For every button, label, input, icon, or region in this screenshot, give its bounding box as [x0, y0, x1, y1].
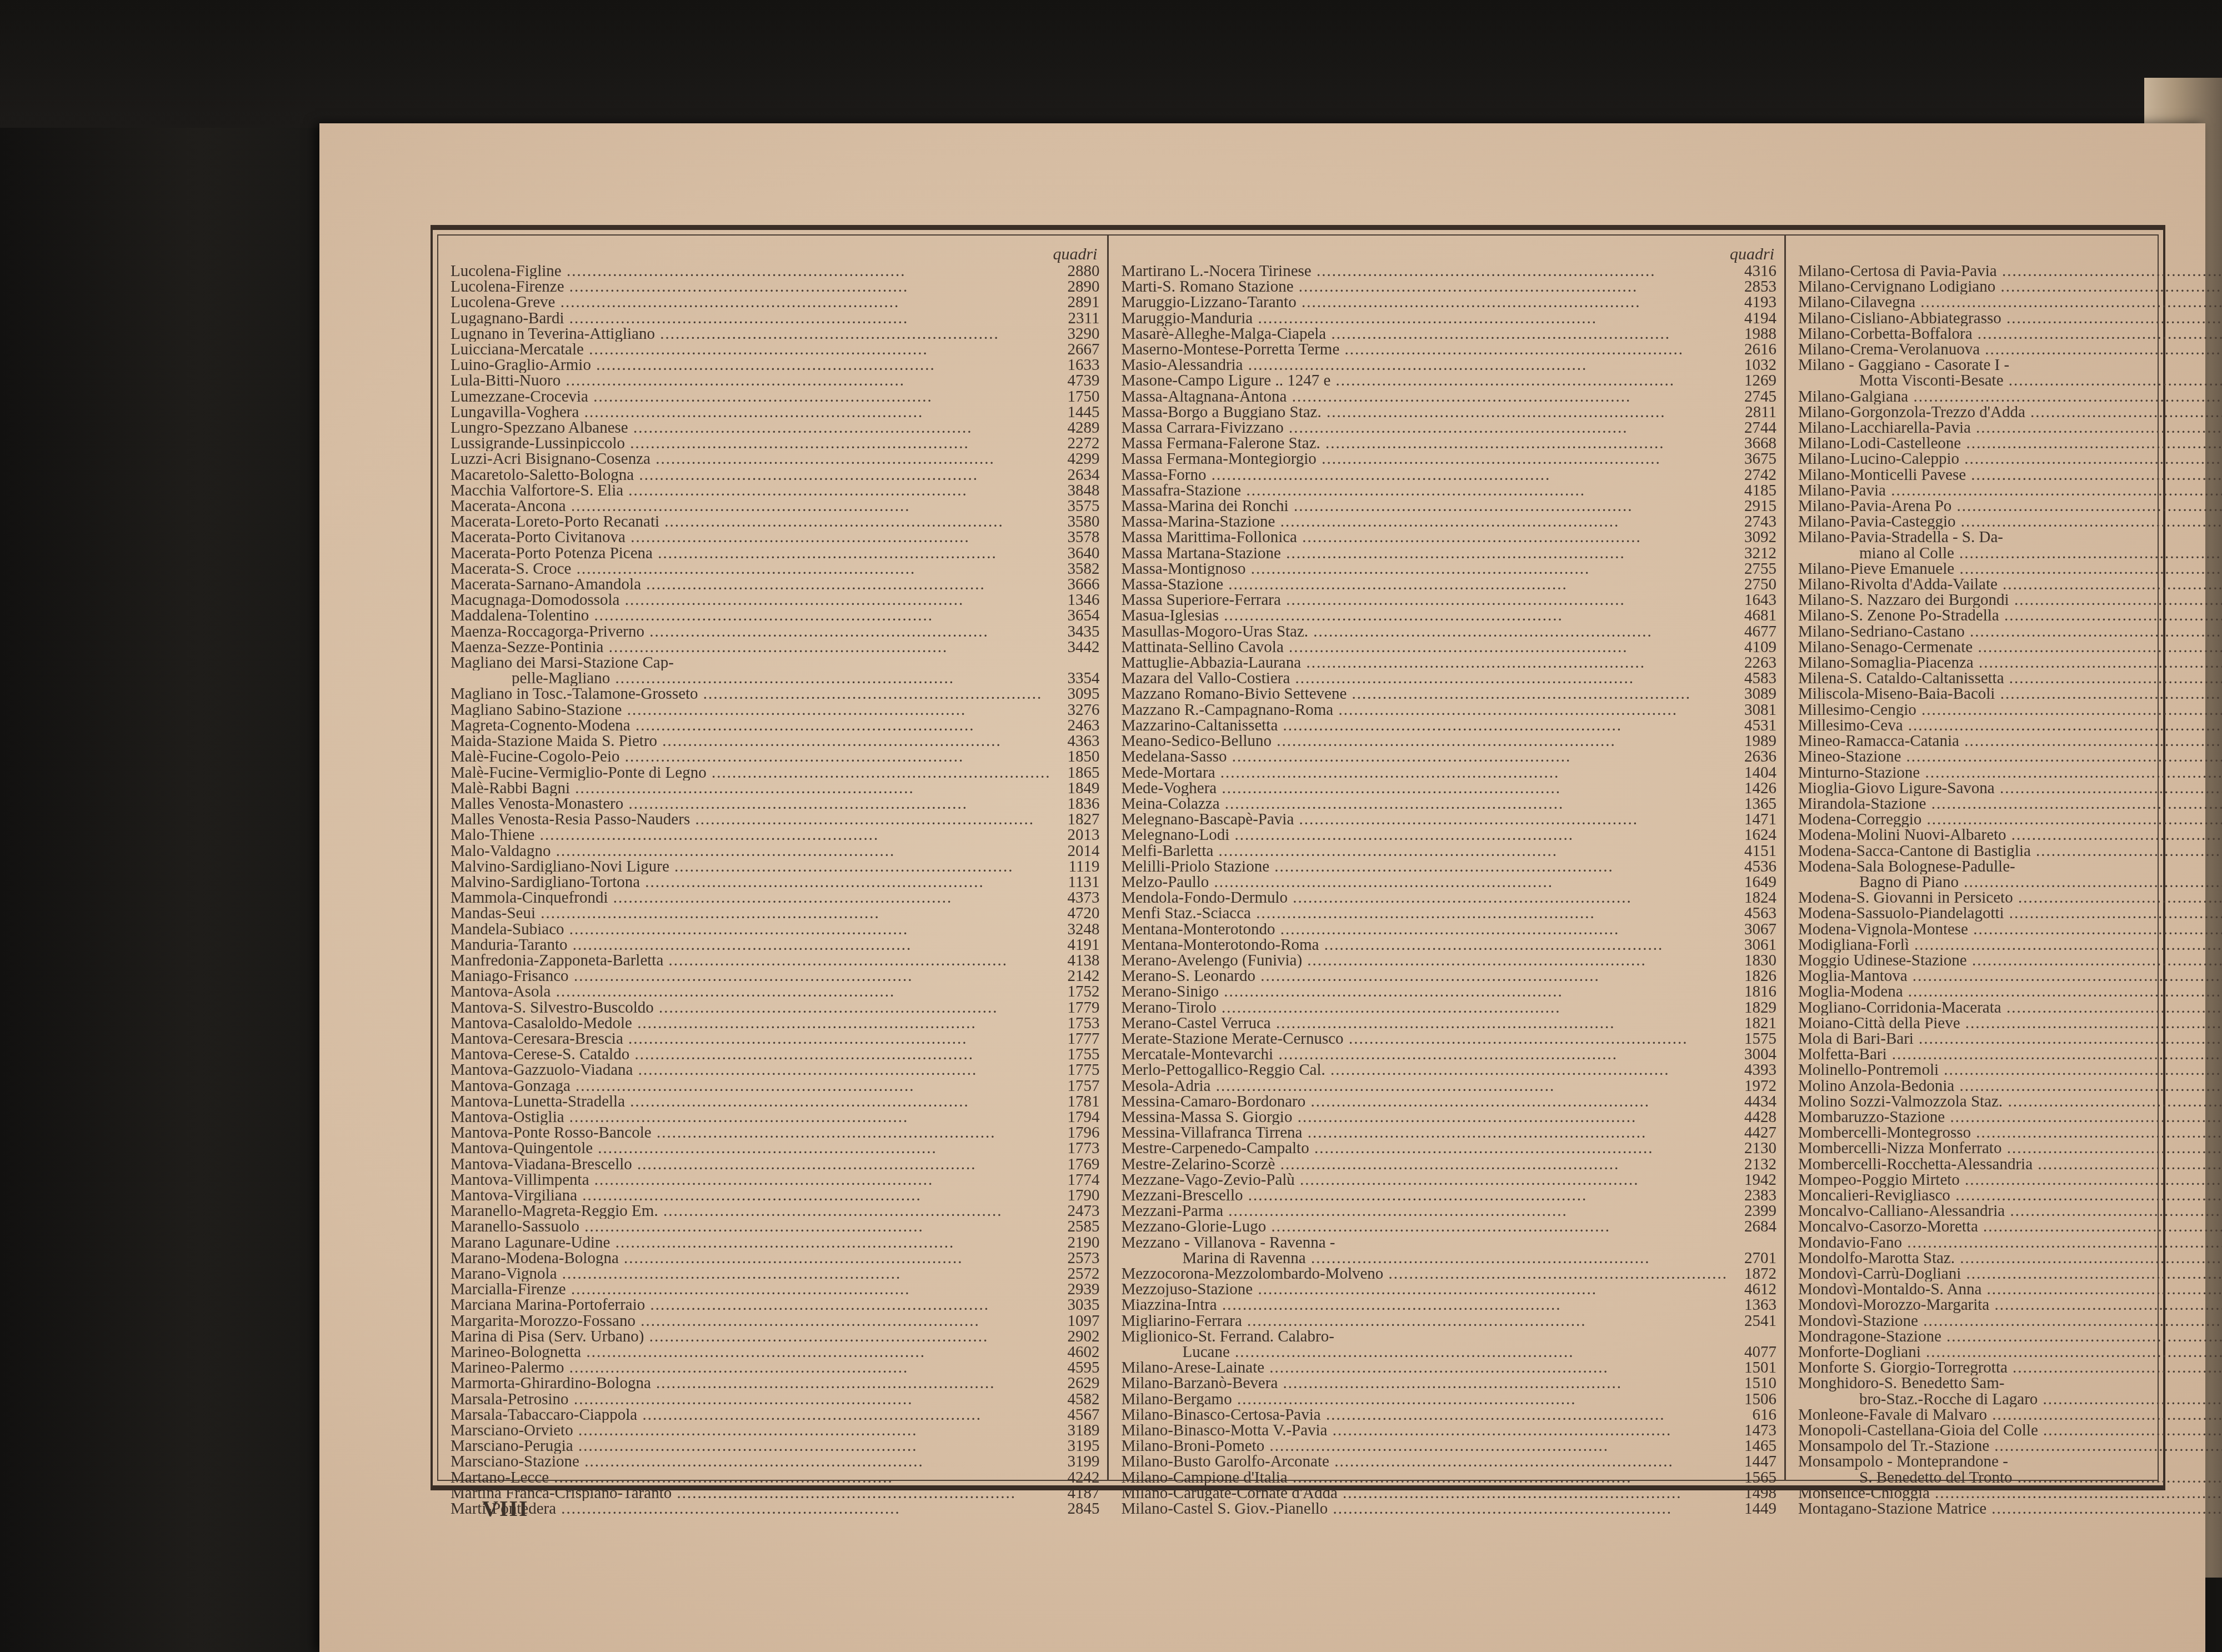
entry-route-name: Marti-Pontedera — [451, 1501, 1050, 1516]
index-entry: Maserno-Montese-Porretta Terme2616 — [1121, 342, 1776, 357]
entry-route-name: Milano-Bergamo — [1121, 1391, 1728, 1407]
entry-route-name: Malè-Rabbi Bagni — [451, 780, 1050, 796]
entry-route-name: Malo-Thiene — [451, 827, 1050, 843]
entry-table-number: 1769 — [1050, 1157, 1099, 1172]
entry-table-number: 4185 — [1728, 483, 1776, 498]
entry-table-number: 3654 — [1050, 608, 1099, 623]
entry-route-name: Milano-Binasco-Motta V.-Pavia — [1121, 1423, 1728, 1438]
entry-route-name: Masullas-Mogoro-Uras Staz. — [1121, 624, 1728, 639]
entry-route-name: Millesimo-Ceva — [1798, 718, 2222, 733]
entry-table-number: 2684 — [1728, 1219, 1776, 1234]
entry-route-name: Massa Fermana-Montegiorgio — [1121, 451, 1728, 467]
index-entry: Mombercelli-Montegrosso1029 — [1798, 1125, 2222, 1140]
index-entry: Massa Superiore-Ferrara1643 — [1121, 592, 1776, 608]
entry-table-number: 4602 — [1050, 1344, 1099, 1360]
entry-table-number: 1942 — [1728, 1172, 1776, 1188]
index-entry: Mombaruzzo-Stazione1114 — [1798, 1109, 2222, 1125]
entry-route-name: Monopoli-Castellana-Gioia del Colle — [1798, 1423, 2222, 1438]
entry-route-name: Moggio Udinese-Stazione — [1798, 953, 2222, 968]
index-entry: Malles Venosta-Monastero1836 — [451, 796, 1099, 812]
index-entry: Mendola-Fondo-Dermulo1824 — [1121, 890, 1776, 905]
entry-table-number: 1824 — [1728, 890, 1776, 905]
entry-route-name: Massa-Altagnana-Antona — [1121, 389, 1728, 404]
entry-route-name: Mazzano R.-Campagnano-Roma — [1121, 702, 1728, 718]
entry-table-number: 2616 — [1728, 342, 1776, 357]
entry-route-name: Maruggio-Lizzano-Taranto — [1121, 294, 1728, 310]
index-entry: Motta Visconti-Besate1456 — [1798, 373, 2222, 388]
index-entry: Mola di Bari-Bari4164 — [1798, 1031, 2222, 1047]
entry-table-number: 4109 — [1728, 639, 1776, 655]
entry-table-number: 1829 — [1728, 1000, 1776, 1015]
entry-table-number: 1506 — [1728, 1391, 1776, 1407]
entry-table-number: 2811 — [1728, 404, 1776, 420]
column-header-quadri: quadri — [1121, 247, 1776, 262]
entry-table-number: 2142 — [1050, 968, 1099, 984]
entry-route-name: Mezzojuso-Stazione — [1121, 1281, 1728, 1297]
entry-route-name: Marsala-Tabaccaro-Ciappola — [451, 1407, 1050, 1423]
entry-table-number: 1849 — [1050, 780, 1099, 796]
index-entry: Maruggio-Manduria4194 — [1121, 311, 1776, 326]
entry-route-name: Migliarino-Ferrara — [1121, 1313, 1728, 1329]
entry-route-name: Meano-Sedico-Belluno — [1121, 733, 1728, 749]
entry-table-number: 1447 — [1728, 1454, 1776, 1469]
index-entry: Massa-Stazione2750 — [1121, 577, 1776, 592]
index-entry: Milano-Sedriano-Castano1497 — [1798, 624, 2222, 639]
index-entry: Mondovì-Stazione1122 — [1798, 1313, 2222, 1329]
index-entry: Messina-Massa S. Giorgio4428 — [1121, 1109, 1776, 1125]
entry-route-name: Malè-Fucine-Cogolo-Peio — [451, 749, 1050, 764]
entry-route-name: Marciana Marina-Portoferraio — [451, 1297, 1050, 1313]
entry-route-name: Malles Venosta-Monastero — [451, 796, 1050, 812]
entry-route-name: Merano-Avelengo (Funivia) — [1121, 953, 1728, 968]
entry-table-number: 2399 — [1728, 1203, 1776, 1219]
entry-route-name: Mantova-Viadana-Brescello — [451, 1157, 1050, 1172]
entry-table-number: 616 — [1728, 1407, 1776, 1423]
index-column-1: quadri Lucolena-Figline2880Lucolena-Fire… — [438, 236, 1109, 1480]
entry-route-name: Mezzocorona-Mezzolombardo-Molveno — [1121, 1266, 1728, 1281]
entry-route-name: Melilli-Priolo Stazione — [1121, 859, 1728, 874]
index-table-frame: quadri Lucolena-Figline2880Lucolena-Fire… — [431, 225, 2165, 1490]
entry-route-name: Mondolfo-Marotta Staz. — [1798, 1250, 2222, 1266]
entry-table-number: 2891 — [1050, 294, 1099, 310]
entry-route-name: Mola di Bari-Bari — [1798, 1031, 2222, 1047]
entry-route-name: Maida-Stazione Maida S. Pietro — [451, 733, 1050, 749]
entry-route-name: Messina-Villafranca Tirrena — [1121, 1125, 1728, 1140]
entry-route-name: Miliscola-Miseno-Baia-Bacoli — [1798, 686, 2222, 702]
entry-route-name: S. Benedetto del Tronto — [1859, 1470, 2222, 1485]
entry-route-name: Magreta-Cognento-Modena — [451, 718, 1050, 733]
index-entry: Maruggio-Lizzano-Taranto4193 — [1121, 294, 1776, 310]
entry-route-name: Milano-Arese-Lainate — [1121, 1360, 1728, 1375]
index-entry: Macerata-Porto Potenza Picena3640 — [451, 545, 1099, 561]
index-entry: Milano-Pavia1474 — [1798, 483, 2222, 498]
index-entry: Maranello-Magreta-Reggio Em.2473 — [451, 1203, 1099, 1219]
entry-route-name: Milano-Sedriano-Castano — [1798, 624, 2222, 639]
entry-route-name: Monselice-Chioggia — [1798, 1485, 2222, 1501]
index-entry: Modena-Sassuolo-Piandelagotti2457 — [1798, 905, 2222, 921]
entry-route-name: Mezzani-Brescello — [1121, 1188, 1728, 1203]
entry-route-name: Bagno di Piano — [1859, 874, 2222, 890]
entry-route-name: Mesola-Adria — [1121, 1078, 1728, 1094]
index-entry: Marina di Ravenna2701 — [1121, 1250, 1776, 1266]
entry-table-number: 1836 — [1050, 796, 1099, 812]
entry-route-name: Lucolena-Greve — [451, 294, 1050, 310]
entry-route-name: Massa Martana-Stazione — [1121, 545, 1728, 561]
index-entry: Mazzano R.-Campagnano-Roma3081 — [1121, 702, 1776, 718]
entry-route-name: Milano-Campione d'Italia — [1121, 1470, 1728, 1485]
entry-route-name: Monghidoro-S. Benedetto Sam- — [1798, 1375, 2222, 1391]
entry-route-name: Milano-Somaglia-Piacenza — [1798, 655, 2222, 670]
index-entry: Meina-Colazza1365 — [1121, 796, 1776, 812]
entry-route-name: Moncalieri-Revigliasco — [1798, 1188, 2222, 1203]
entry-route-name: Melfi-Barletta — [1121, 843, 1728, 859]
index-entry: Massa-Altagnana-Antona2745 — [1121, 389, 1776, 404]
index-entry: Massa Fermana-Montegiorgio3675 — [1121, 451, 1776, 467]
index-entry: Mezzojuso-Stazione4612 — [1121, 1281, 1776, 1297]
index-entry: Monleone-Favale di Malvaro1321 — [1798, 1407, 2222, 1423]
index-entry: Molfetta-Bari4158 — [1798, 1047, 2222, 1062]
entry-table-number: 4242 — [1050, 1470, 1099, 1485]
index-entry: Modena-Sacca-Cantone di Bastiglia2450 — [1798, 843, 2222, 859]
entry-table-number: 1575 — [1728, 1031, 1776, 1047]
index-entry: Mede-Mortara1404 — [1121, 765, 1776, 780]
index-entry: Lula-Bitti-Nuoro4739 — [451, 373, 1099, 388]
entry-route-name: bro-Staz.-Rocche di Lagaro — [1859, 1391, 2222, 1407]
entry-route-name: Mattuglie-Abbazia-Laurana — [1121, 655, 1728, 670]
index-entry: Margarita-Morozzo-Fossano1097 — [451, 1313, 1099, 1329]
index-column-2: quadri Martirano L.-Nocera Tirinese4316M… — [1109, 236, 1786, 1480]
entry-table-number: 4393 — [1728, 1062, 1776, 1078]
entry-table-number: 3435 — [1050, 624, 1099, 639]
index-entry: Mentana-Monterotondo3067 — [1121, 922, 1776, 937]
entry-route-name: Margarita-Morozzo-Fossano — [451, 1313, 1050, 1329]
index-entry: Moiano-Città della Pieve3169 — [1798, 1015, 2222, 1031]
index-entry: Merano-Tirolo1829 — [1121, 1000, 1776, 1015]
entry-route-name: Montagano-Stazione Matrice — [1798, 1501, 2222, 1516]
entry-table-number: 2013 — [1050, 827, 1099, 843]
index-entry: Modena-Molini Nuovi-Albareto2462 — [1798, 827, 2222, 843]
index-entry: Lussigrande-Lussinpiccolo2272 — [451, 435, 1099, 451]
entry-route-name: Mandas-Seui — [451, 905, 1050, 921]
index-entry: Manfredonia-Zapponeta-Barletta4138 — [451, 953, 1099, 968]
entry-table-number: 2939 — [1050, 1281, 1099, 1297]
entry-table-number: 1779 — [1050, 1000, 1099, 1015]
entry-table-number: 1426 — [1728, 780, 1776, 796]
entry-route-name: Monforte S. Giorgio-Torregrotta — [1798, 1360, 2222, 1375]
entry-route-name: Mazara del Vallo-Costiera — [1121, 670, 1728, 686]
entry-route-name: Mercatale-Montevarchi — [1121, 1047, 1728, 1062]
entry-route-name: Magliano Sabino-Stazione — [451, 702, 1050, 718]
entry-route-name: Mantova-Ostiglia — [451, 1109, 1050, 1125]
entry-route-name: Mogliano-Corridonia-Macerata — [1798, 1000, 2222, 1015]
entry-table-number: 2636 — [1728, 749, 1776, 764]
index-column-3: quadri Milano-Certosa di Pavia-Pavia1420… — [1786, 236, 2222, 1480]
index-entry: Mantova-Asola1752 — [451, 984, 1099, 999]
index-entry: Mazzarino-Caltanissetta4531 — [1121, 718, 1776, 733]
entry-route-name: Marina di Ravenna — [1182, 1250, 1728, 1266]
entry-route-name: Modena-Vignola-Montese — [1798, 922, 2222, 937]
entry-route-name: Manfredonia-Zapponeta-Barletta — [451, 953, 1050, 968]
index-entry: Mezzani-Brescello2383 — [1121, 1188, 1776, 1203]
entry-route-name: Mombercelli-Montegrosso — [1798, 1125, 2222, 1140]
index-entry: Magliano Sabino-Stazione3276 — [451, 702, 1099, 718]
entry-route-name: Milano-Lucino-Caleppio — [1798, 451, 2222, 467]
entry-route-name: Mompeo-Poggio Mirteto — [1798, 1172, 2222, 1188]
entry-table-number: 3668 — [1728, 435, 1776, 451]
entry-route-name: Mammola-Cinquefrondi — [451, 890, 1050, 905]
entry-table-number: 2915 — [1728, 498, 1776, 514]
entry-table-number: 1269 — [1728, 373, 1776, 388]
entry-route-name: Melegnano-Bascapè-Pavia — [1121, 812, 1728, 827]
index-entry: Mantova-Quingentole1773 — [451, 1140, 1099, 1156]
entry-table-number: 4428 — [1728, 1109, 1776, 1125]
index-entry: Marsciano-Perugia3195 — [451, 1438, 1099, 1454]
index-entry: Lugagnano-Bardi2311 — [451, 311, 1099, 326]
index-entry: Moncalieri-Revigliasco885 — [1798, 1188, 2222, 1203]
entry-table-number: 1821 — [1728, 1015, 1776, 1031]
entry-route-name: Mezzano - Villanova - Ravenna - — [1121, 1235, 1776, 1250]
index-entry: Melegnano-Bascapè-Pavia1471 — [1121, 812, 1776, 827]
entry-route-name: Monforte-Dogliani — [1798, 1344, 2222, 1360]
entry-route-name: Molinello-Pontremoli — [1798, 1062, 2222, 1078]
entry-route-name: Macerata-S. Croce — [451, 561, 1050, 577]
entry-route-name: Massa-Montignoso — [1121, 561, 1728, 577]
index-entry: Mazara del Vallo-Costiera4583 — [1121, 670, 1776, 686]
index-entry: Marineo-Palermo4595 — [451, 1360, 1099, 1375]
entry-route-name: Lugagnano-Bardi — [451, 311, 1050, 326]
entry-table-number: 3675 — [1728, 451, 1776, 467]
index-entry: Massa-Montignoso2755 — [1121, 561, 1776, 577]
entry-route-name: Marsciano-Stazione — [451, 1454, 1050, 1469]
index-entry: Milano-S. Nazzaro dei Burgondi1457 — [1798, 592, 2222, 608]
entry-route-name: Milano-Pavia-Casteggio — [1798, 514, 2222, 529]
entry-table-number: 1989 — [1728, 733, 1776, 749]
index-entry: Milano-Somaglia-Piacenza1493 — [1798, 655, 2222, 670]
entry-route-name: Maruggio-Manduria — [1121, 311, 1728, 326]
index-entry: Mondovì-Montaldo-S. Anna1112 — [1798, 1281, 2222, 1297]
entry-table-number: 1649 — [1728, 874, 1776, 890]
entry-route-name: Milano-Busto Garolfo-Arconate — [1121, 1454, 1728, 1469]
index-entry: Marano Lagunare-Udine2190 — [451, 1235, 1099, 1250]
entry-route-name: Modena-Sassuolo-Piandelagotti — [1798, 905, 2222, 921]
index-entry: Monforte-Dogliani1018 — [1798, 1344, 2222, 1360]
entry-route-name: Milano-S. Zenone Po-Stradella — [1798, 608, 2222, 623]
entry-table-number: 3575 — [1050, 498, 1099, 514]
index-entry: Malo-Valdagno2014 — [451, 843, 1099, 859]
index-entry: Masio-Alessandria1032 — [1121, 357, 1776, 373]
entry-route-name: Mantova-Casaloldo-Medole — [451, 1015, 1050, 1031]
entry-table-number: 3848 — [1050, 483, 1099, 498]
entry-route-name: Milano-Cisliano-Abbiategrasso — [1798, 311, 2222, 326]
entry-route-name: Melegnano-Lodi — [1121, 827, 1728, 843]
index-entry: Macerata-Ancona3575 — [451, 498, 1099, 514]
index-entry: Mede-Voghera1426 — [1121, 780, 1776, 796]
entry-table-number: 2890 — [1050, 279, 1099, 294]
index-entry: Malè-Rabbi Bagni1849 — [451, 780, 1099, 796]
entry-route-name: Merano-Castel Verruca — [1121, 1015, 1728, 1031]
index-entry: Minturno-Stazione3453 — [1798, 765, 2222, 780]
entry-table-number: 1757 — [1050, 1078, 1099, 1094]
entry-table-number: 3199 — [1050, 1454, 1099, 1469]
entry-table-number: 1633 — [1050, 357, 1099, 373]
entry-route-name: Mezzani-Parma — [1121, 1203, 1728, 1219]
index-entry: Mattinata-Sellino Cavola4109 — [1121, 639, 1776, 655]
entry-route-name: Millesimo-Cengio — [1798, 702, 2222, 718]
entry-route-name: Milano-Lacchiarella-Pavia — [1798, 420, 2222, 435]
entry-table-number: 1755 — [1050, 1047, 1099, 1062]
index-entry: Mombercelli-Nizza Monferrato997 — [1798, 1140, 2222, 1156]
entry-route-name: Milano-Pavia-Arena Po — [1798, 498, 2222, 514]
index-entry: Milano-Corbetta-Boffalora1516 — [1798, 326, 2222, 342]
entry-route-name: Mondovì-Stazione — [1798, 1313, 2222, 1329]
entry-table-number: 2383 — [1728, 1188, 1776, 1203]
index-entry: Milano-Carugate-Cornate d'Adda1498 — [1121, 1485, 1776, 1501]
entry-table-number: 1777 — [1050, 1031, 1099, 1047]
index-entry: Miazzina-Intra1363 — [1121, 1297, 1776, 1313]
index-entry: Moglia-Modena2563 — [1798, 984, 2222, 999]
entry-route-name: Marano-Modena-Bologna — [451, 1250, 1050, 1266]
entry-route-name: Massa Superiore-Ferrara — [1121, 592, 1728, 608]
entry-table-number: 1775 — [1050, 1062, 1099, 1078]
entry-table-number: 1830 — [1728, 953, 1776, 968]
entry-table-number: 3578 — [1050, 529, 1099, 545]
entry-route-name: Mondovì-Morozzo-Margarita — [1798, 1297, 2222, 1313]
index-entry: Lugnano in Teverina-Attigliano3290 — [451, 326, 1099, 342]
entry-route-name: Macerata-Loreto-Porto Recanati — [451, 514, 1050, 529]
entry-route-name: Lumezzane-Crocevia — [451, 389, 1050, 404]
index-entry: Bagno di Piano2624 — [1798, 874, 2222, 890]
index-entry: Mondragone-Stazione3965 — [1798, 1329, 2222, 1344]
entry-route-name: Meina-Colazza — [1121, 796, 1728, 812]
entry-route-name: Mantova-Quingentole — [451, 1140, 1050, 1156]
index-entry: Lucolena-Greve2891 — [451, 294, 1099, 310]
entry-route-name: Macaretolo-Saletto-Bologna — [451, 467, 1050, 483]
entry-route-name: Mattinata-Sellino Cavola — [1121, 639, 1728, 655]
entry-table-number: 1473 — [1728, 1423, 1776, 1438]
index-entry: Mattuglie-Abbazia-Laurana2263 — [1121, 655, 1776, 670]
entry-route-name: Mombercelli-Rocchetta-Alessandria — [1798, 1157, 2222, 1172]
entry-route-name: Merano-S. Leonardo — [1121, 968, 1728, 984]
index-entry: Marineo-Bolognetta4602 — [451, 1344, 1099, 1360]
index-entry: Marti-S. Romano Stazione2853 — [1121, 279, 1776, 294]
entry-route-name: Manduria-Taranto — [451, 937, 1050, 953]
entry-table-number: 2742 — [1728, 467, 1776, 483]
entry-route-name: Masio-Alessandria — [1121, 357, 1728, 373]
entry-route-name: Macerata-Sarnano-Amandola — [451, 577, 1050, 592]
entry-route-name: Lula-Bitti-Nuoro — [451, 373, 1050, 388]
index-entry: Milano - Gaggiano - Casorate I - — [1798, 357, 2222, 373]
entry-route-name: Milena-S. Cataldo-Caltanissetta — [1798, 670, 2222, 686]
entry-table-number: 4316 — [1728, 263, 1776, 279]
index-entry: Macerata-S. Croce3582 — [451, 561, 1099, 577]
index-entry: Mazzano Romano-Bivio Settevene3089 — [1121, 686, 1776, 702]
entry-route-name: Milano-S. Nazzaro dei Burgondi — [1798, 592, 2222, 608]
entry-route-name: Molfetta-Bari — [1798, 1047, 2222, 1062]
entry-route-name: Marti-S. Romano Stazione — [1121, 279, 1728, 294]
entry-route-name: Milano-Broni-Pometo — [1121, 1438, 1728, 1454]
entry-route-name: Lugnano in Teverina-Attigliano — [451, 326, 1050, 342]
index-entry: miano al Colle1463 — [1798, 545, 2222, 561]
entry-table-number: 2473 — [1050, 1203, 1099, 1219]
index-entry: Milano-Bergamo1506 — [1121, 1391, 1776, 1407]
index-entry: Milano-Lucino-Caleppio1483 — [1798, 451, 2222, 467]
index-entry: Miliscola-Miseno-Baia-Bacoli3952 — [1798, 686, 2222, 702]
entry-table-number: 2880 — [1050, 263, 1099, 279]
index-entry: Masua-Iglesias4681 — [1121, 608, 1776, 623]
entry-route-name: Merano-Tirolo — [1121, 1000, 1728, 1015]
entry-route-name: Luzzi-Acri Bisignano-Cosenza — [451, 451, 1050, 467]
entry-route-name: Mirandola-Stazione — [1798, 796, 2222, 812]
entry-table-number: 4563 — [1728, 905, 1776, 921]
index-entry: Lucolena-Figline2880 — [451, 263, 1099, 279]
index-entry: Mandela-Subiaco3248 — [451, 922, 1099, 937]
index-entry: Mondavio-Fano3537 — [1798, 1235, 2222, 1250]
entry-table-number: 1850 — [1050, 749, 1099, 764]
index-entry: Monselice-Chioggia2089 — [1798, 1485, 2222, 1501]
index-entry: Mogliano-Corridonia-Macerata2632 — [1798, 1000, 2222, 1015]
index-entry: Marciana Marina-Portoferraio3035 — [451, 1297, 1099, 1313]
index-entry: Magreta-Cognento-Modena2463 — [451, 718, 1099, 733]
entry-table-number: 4582 — [1050, 1391, 1099, 1407]
entry-route-name: Massa-Forno — [1121, 467, 1728, 483]
entry-route-name: Malvino-Sardigliano-Tortona — [451, 874, 1050, 890]
index-entry: Massa Marittima-Follonica3092 — [1121, 529, 1776, 545]
index-entry: Maniago-Frisanco2142 — [451, 968, 1099, 984]
index-entry: Mineo-Stazione4500bis — [1798, 749, 2222, 764]
index-entry: Milano-Pavia-Casteggio1467 — [1798, 514, 2222, 529]
index-entry: Manduria-Taranto4191 — [451, 937, 1099, 953]
entry-table-number: 1501 — [1728, 1360, 1776, 1375]
entry-route-name: Monsampolo - Monteprandone - — [1798, 1454, 2222, 1469]
index-entry: Monsampolo del Tr.-Stazione3693 — [1798, 1438, 2222, 1454]
index-entry: Mioglia-Giovo Ligure-Savona1252 — [1798, 780, 2222, 796]
entry-route-name: Macerata-Ancona — [451, 498, 1050, 514]
entry-route-name: Macerata-Porto Potenza Picena — [451, 545, 1050, 561]
entry-table-number: 2743 — [1728, 514, 1776, 529]
entry-table-number: 1781 — [1050, 1094, 1099, 1109]
index-entry: Macerata-Porto Civitanova3578 — [451, 529, 1099, 545]
entry-route-name: Mazzano Romano-Bivio Settevene — [1121, 686, 1728, 702]
index-entry: Milano-Campione d'Italia1565 — [1121, 1470, 1776, 1485]
index-entry: Melfi-Barletta4151 — [1121, 843, 1776, 859]
index-entry: Martirano L.-Nocera Tirinese4316 — [1121, 263, 1776, 279]
index-entry: Mesola-Adria1972 — [1121, 1078, 1776, 1094]
index-entry: Molinello-Pontremoli2751 — [1798, 1062, 2222, 1078]
entry-route-name: Mantova-S. Silvestro-Buscoldo — [451, 1000, 1050, 1015]
index-entry: Milano-Cervignano Lodigiano1490 — [1798, 279, 2222, 294]
index-entry: Marmorta-Ghirardino-Bologna2629 — [451, 1375, 1099, 1391]
index-entry: Marano-Vignola2572 — [451, 1266, 1099, 1281]
index-entry: Masone-Campo Ligure .. 1247 e1269 — [1121, 373, 1776, 388]
entry-table-number: 1794 — [1050, 1109, 1099, 1125]
entry-list: Milano-Certosa di Pavia-Pavia1420Milano-… — [1798, 263, 2222, 1516]
index-entry: Mandas-Seui4720 — [451, 905, 1099, 921]
entry-route-name: Messina-Camaro-Bordonaro — [1121, 1094, 1728, 1109]
entry-route-name: Merate-Stazione Merate-Cernusco — [1121, 1031, 1728, 1047]
entry-route-name: Milano-Pieve Emanuele — [1798, 561, 2222, 577]
entry-table-number: 1445 — [1050, 404, 1099, 420]
entry-route-name: Luicciana-Mercatale — [451, 342, 1050, 357]
index-entry: Monopoli-Castellana-Gioia del Colle4165 — [1798, 1423, 2222, 1438]
entry-route-name: Modena-Sacca-Cantone di Bastiglia — [1798, 843, 2222, 859]
entry-table-number: 4289 — [1050, 420, 1099, 435]
entry-route-name: Mestre-Carpenedo-Campalto — [1121, 1140, 1728, 1156]
index-entry: Milano-Lacchiarella-Pavia1482 — [1798, 420, 2222, 435]
index-entry: Modena-Correggio2467 — [1798, 812, 2222, 827]
index-entry: Lumezzane-Crocevia1750 — [451, 389, 1099, 404]
entry-table-number: 1752 — [1050, 984, 1099, 999]
index-entry: Millesimo-Cengio1207 — [1798, 702, 2222, 718]
